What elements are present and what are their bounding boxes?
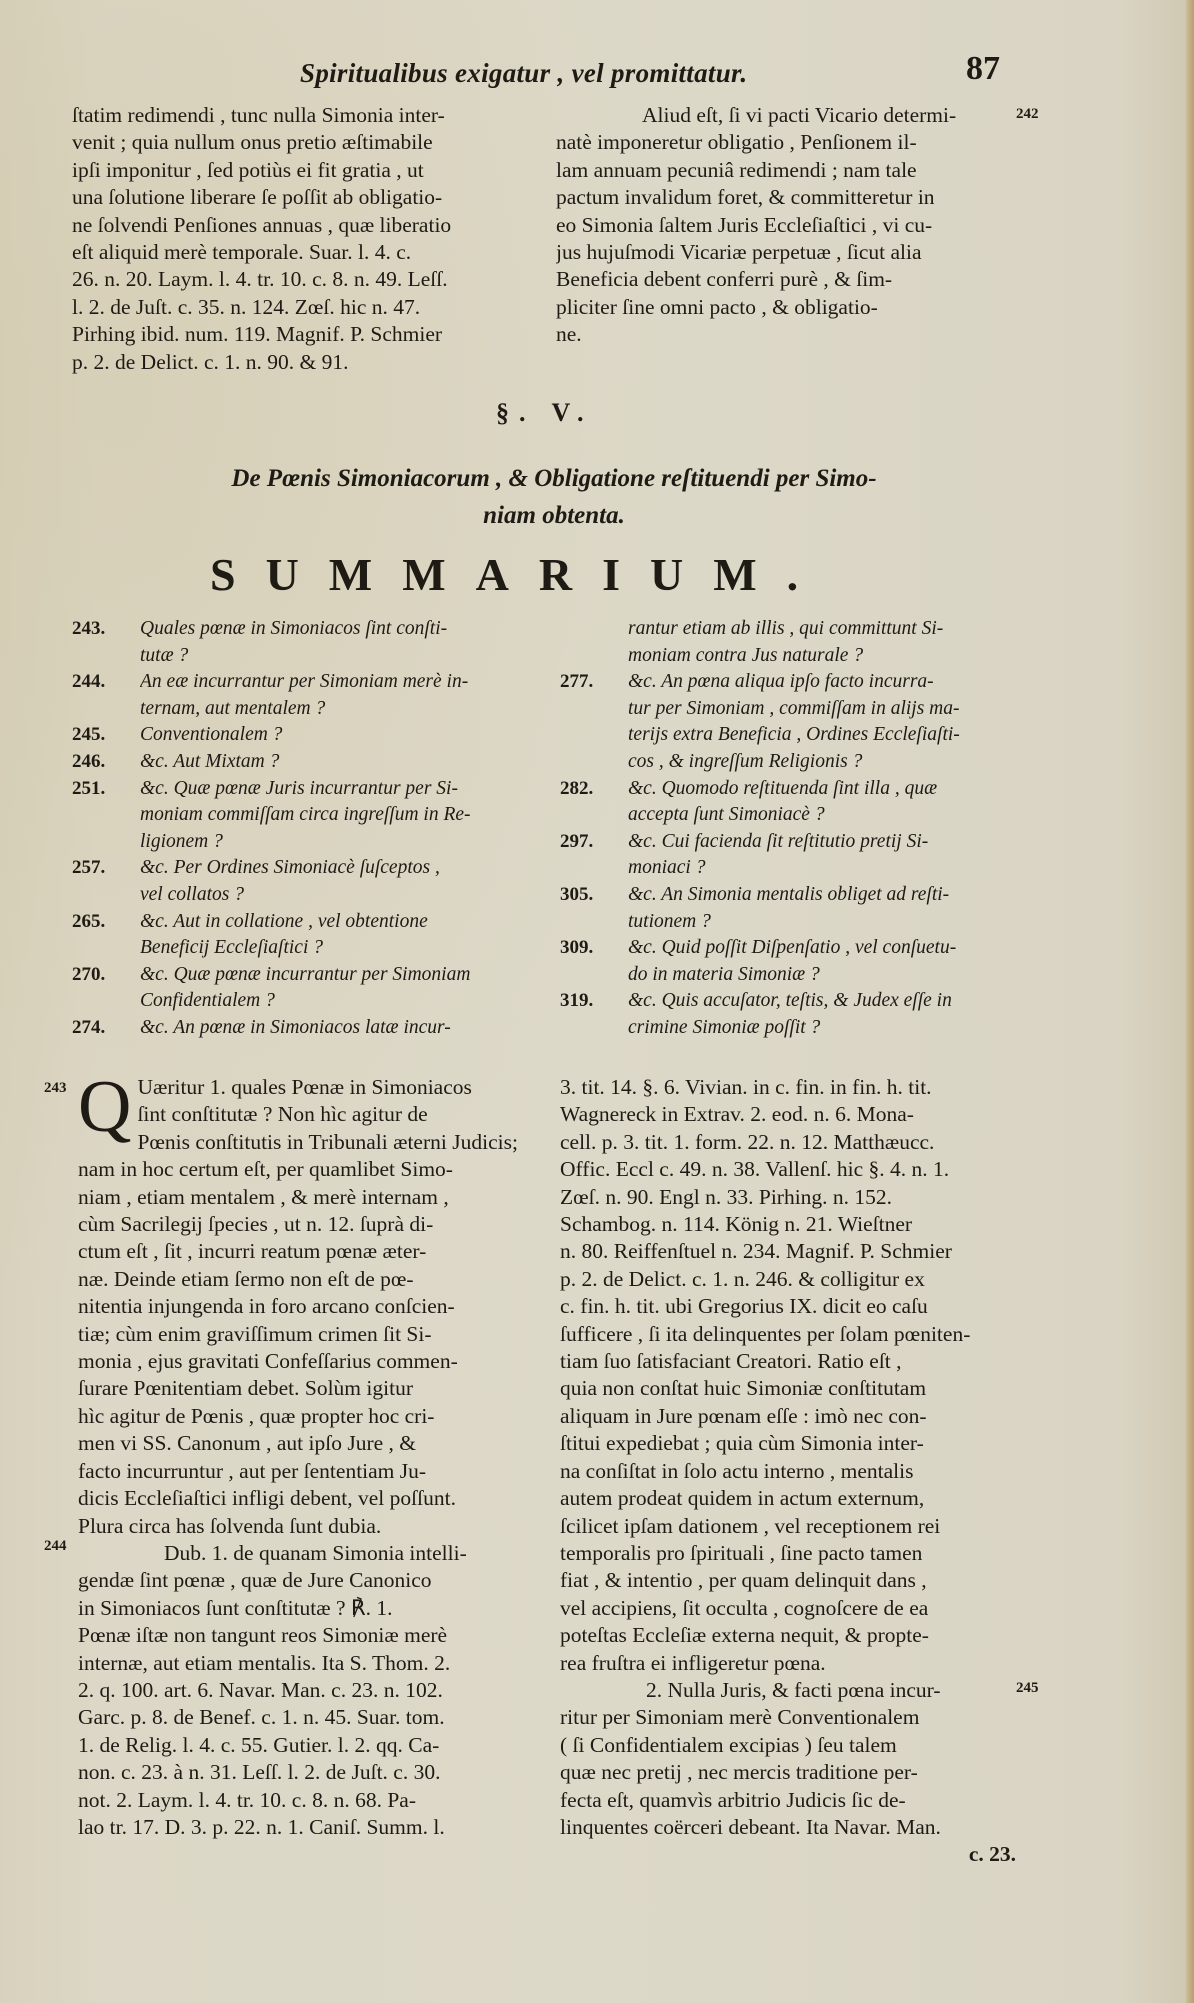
- summary-item-text: &c. Quis accuſator, teſtis, & Judex eſſe…: [628, 988, 1020, 1015]
- text-line: tiæ; cùm enim graviſſimum crimen ſit Si-: [78, 1321, 524, 1348]
- summary-item-text: An eæ incurrantur per Simoniam merè in-: [140, 669, 524, 696]
- text-line: linquentes coërceri debeant. Ita Navar. …: [560, 1814, 1016, 1841]
- summary-item-number: 246.: [72, 749, 105, 776]
- text-line: p. 2. de Delict. c. 1. n. 246. & colligi…: [560, 1266, 1016, 1293]
- text-line: ctum eſt , ſit , incurri reatum pœnæ æte…: [78, 1238, 524, 1265]
- text-line: Plura circa has ſolvenda ſunt dubia.: [78, 1513, 524, 1540]
- text-line: dicis Eccleſiaſtici infligi debent, vel …: [78, 1485, 524, 1512]
- summary-item-text: &c. Per Ordines Simoniacè ſuſceptos ,: [140, 855, 524, 882]
- summary-item-text: rantur etiam ab illis , qui committunt S…: [628, 616, 1020, 643]
- summary-item-number: 257.: [72, 855, 105, 882]
- text-line: c. fin. h. tit. ubi Gregorius IX. dicit …: [560, 1293, 1016, 1320]
- summary-item-text: Beneficij Eccleſiaſtici ?: [140, 935, 524, 962]
- summary-item: 319.&c. Quis accuſator, teſtis, & Judex …: [560, 988, 1020, 1041]
- drop-cap: Q: [78, 1076, 131, 1138]
- summary-item-number: 319.: [560, 988, 593, 1015]
- text-line: jus hujuſmodi Vicariæ perpetuæ , ſicut a…: [556, 239, 1012, 266]
- summary-item-text: &c. Cui facienda ſit reſtitutio pretij S…: [628, 829, 1020, 856]
- text-line: cùm Sacrilegij ſpecies , ut n. 12. ſuprà…: [78, 1211, 524, 1238]
- summary-item-text: &c. Quid poſſit Diſpenſatio , vel conſue…: [628, 935, 1020, 962]
- text-line: eſt aliquid merè temporale. Suar. l. 4. …: [72, 239, 520, 266]
- book-page: Spiritualibus exigatur , vel promittatur…: [0, 0, 1194, 2003]
- text-line: in Simoniacos ſunt conſtitutæ ? ℟. 1.: [78, 1595, 524, 1622]
- text-line: fiat , & intentio , per quam delinquit d…: [560, 1567, 1016, 1594]
- text-line: nitentia injungenda in foro arcano conſc…: [78, 1293, 524, 1320]
- margin-number: 245: [1016, 1680, 1039, 1697]
- text-line: natè imponeretur obligatio , Penſionem i…: [556, 129, 1012, 156]
- text-line: rea fruſtra ei infligeretur pœna.: [560, 1650, 1016, 1677]
- text-line: lao tr. 17. D. 3. p. 22. n. 1. Caniſ. Su…: [78, 1814, 524, 1841]
- text-line: ſtitui expediebat ; quia cùm Simonia int…: [560, 1430, 1016, 1457]
- summary-item-text: moniam contra Jus naturale ?: [628, 643, 1020, 670]
- summary-item-number: 297.: [560, 829, 593, 856]
- text-line: p. 2. de Delict. c. 1. n. 90. & 91.: [72, 349, 520, 376]
- text-line: ipſi imponitur , ſed potiùs ei fit grati…: [72, 157, 520, 184]
- summary-item: 244.An eæ incurrantur per Simoniam merè …: [72, 669, 524, 722]
- summary-item-number: 243.: [72, 616, 105, 643]
- text-line: una ſolutione liberare ſe poſſit ab obli…: [72, 184, 520, 211]
- summary-item-text: &c. Quomodo reſtituenda ſint illa , quæ: [628, 776, 1020, 803]
- text-line: Wagnereck in Extrav. 2. eod. n. 6. Mona-: [560, 1101, 1016, 1128]
- text-line: 3. tit. 14. §. 6. Vivian. in c. fin. in …: [560, 1074, 1016, 1101]
- text-line: Pœnis conſtitutis in Tribunali æterni Ju…: [137, 1129, 524, 1156]
- text-line: ritur per Simoniam merè Conventionalem: [560, 1704, 1016, 1731]
- text-line: monia , ejus gravitati Confeſſarius comm…: [78, 1348, 524, 1375]
- summary-item-text: &c. Aut in collatione , vel obtentione: [140, 909, 524, 936]
- margin-number: 242: [1016, 106, 1039, 123]
- summary-item-text: accepta ſunt Simoniacè ?: [628, 802, 1020, 829]
- text-line: pliciter ſine omni pacto , & obligatio-: [556, 294, 1012, 321]
- summary-item-number: 265.: [72, 909, 105, 936]
- summary-item-text: crimine Simoniæ poſſit ?: [628, 1015, 1020, 1042]
- text-line: n. 80. Reiffenſtuel n. 234. Magnif. P. S…: [560, 1238, 1016, 1265]
- text-line: pactum invalidum foret, & committeretur …: [556, 184, 1012, 211]
- text-line: ſufficere , ſi ita delinquentes per ſola…: [560, 1321, 1016, 1348]
- body-right-column: 3. tit. 14. §. 6. Vivian. in c. fin. in …: [560, 1074, 1016, 1869]
- summary-left-list: 243.Quales pœnæ in Simoniacos ſint conſt…: [72, 616, 524, 1042]
- body-left-column: QUæritur 1. quales Pœnæ in Simoniacosſin…: [78, 1074, 524, 1841]
- text-line: tiam ſuo ſatisfaciant Creatori. Ratio eſ…: [560, 1348, 1016, 1375]
- summary-item-text: do in materia Simoniæ ?: [628, 962, 1020, 989]
- summary-item-text: Confidentialem ?: [140, 988, 524, 1015]
- text-line: Garc. p. 8. de Benef. c. 1. n. 45. Suar.…: [78, 1704, 524, 1731]
- text-line: facto incurruntur , aut per ſententiam J…: [78, 1458, 524, 1485]
- page-edge: [1186, 0, 1194, 2003]
- summary-item: 251.&c. Quæ pœnæ Juris incurrantur per S…: [72, 776, 524, 856]
- summary-heading: SUMMARIUM.: [210, 548, 828, 601]
- summary-item: 245.Conventionalem ?: [72, 722, 524, 749]
- text-line: 2. Nulla Juris, & facti pœna incur-: [560, 1677, 1016, 1704]
- summary-item-text: vel collatos ?: [140, 882, 524, 909]
- summary-item-number: 305.: [560, 882, 593, 909]
- summary-item: 243.Quales pœnæ in Simoniacos ſint conſt…: [72, 616, 524, 669]
- text-line: Dub. 1. de quanam Simonia intelli-: [78, 1540, 524, 1567]
- summary-right-list: rantur etiam ab illis , qui committunt S…: [560, 616, 1020, 1042]
- summary-item-text: &c. An Simonia mentalis obliget ad reſti…: [628, 882, 1020, 909]
- top-right-column: Aliud eſt, ſi vi pacti Vicario determi-n…: [556, 102, 1012, 349]
- summary-item-text: tutionem ?: [628, 909, 1020, 936]
- section-title: De Pœnis Simoniacorum , & Obligatione re…: [134, 460, 974, 534]
- text-line: quæ nec pretij , nec mercis traditione p…: [560, 1759, 1016, 1786]
- text-line: 1. de Relig. l. 4. c. 55. Gutier. l. 2. …: [78, 1732, 524, 1759]
- text-line: eo Simonia ſaltem Juris Eccleſiaſtici , …: [556, 212, 1012, 239]
- summary-item-text: &c. Quæ pœnæ incurrantur per Simoniam: [140, 962, 524, 989]
- summary-item-text: ternam, aut mentalem ?: [140, 696, 524, 723]
- summary-item: 309.&c. Quid poſſit Diſpenſatio , vel co…: [560, 935, 1020, 988]
- catchword: c. 23.: [560, 1841, 1016, 1868]
- text-line: Offic. Eccl c. 49. n. 38. Vallenſ. hic §…: [560, 1156, 1016, 1183]
- text-line: l. 2. de Juſt. c. 35. n. 124. Zœſ. hic n…: [72, 294, 520, 321]
- summary-item: 274.&c. An pœnæ in Simoniacos latæ incur…: [72, 1015, 524, 1042]
- text-line: autem prodeat quidem in actum externum,: [560, 1485, 1016, 1512]
- summary-item-text: &c. An pœnæ in Simoniacos latæ incur-: [140, 1015, 524, 1042]
- text-line: ſtatim redimendi , tunc nulla Simonia in…: [72, 102, 520, 129]
- summary-item: 265.&c. Aut in collatione , vel obtentio…: [72, 909, 524, 962]
- summary-item-text: &c. Aut Mixtam ?: [140, 749, 524, 776]
- text-line: non. c. 23. à n. 31. Leſſ. l. 2. de Juſt…: [78, 1759, 524, 1786]
- text-line: vel accipiens, ſit occulta , cognoſcere …: [560, 1595, 1016, 1622]
- text-line: ne.: [556, 321, 1012, 348]
- summary-item-text: Conventionalem ?: [140, 722, 524, 749]
- text-line: hìc agitur de Pœnis , quæ propter hoc cr…: [78, 1403, 524, 1430]
- summary-item-text: &c. Quæ pœnæ Juris incurrantur per Si-: [140, 776, 524, 803]
- text-line: Pœnæ iſtæ non tangunt reos Simoniæ merè: [78, 1622, 524, 1649]
- text-line: gendæ ſint pœnæ , quæ de Jure Canonico: [78, 1567, 524, 1594]
- summary-item: rantur etiam ab illis , qui committunt S…: [560, 616, 1020, 669]
- text-line: ſurare Pœnitentiam debet. Solùm igitur: [78, 1375, 524, 1402]
- margin-number: 244: [44, 1538, 67, 1555]
- summary-item: 305.&c. An Simonia mentalis obliget ad r…: [560, 882, 1020, 935]
- text-line: lam annuam pecuniâ redimendi ; nam tale: [556, 157, 1012, 184]
- text-line: næ. Deinde etiam ſermo non eſt de pœ-: [78, 1266, 524, 1293]
- summary-item-number: 274.: [72, 1015, 105, 1042]
- text-line: aliquam in Jure pœnam eſſe : imò nec con…: [560, 1403, 1016, 1430]
- summary-item-number: 270.: [72, 962, 105, 989]
- summary-item-text: moniaci ?: [628, 855, 1020, 882]
- text-line: poteſtas Eccleſiæ externa nequit, & prop…: [560, 1622, 1016, 1649]
- summary-item: 277.&c. An pœna aliqua ipſo facto incurr…: [560, 669, 1020, 775]
- text-line: 26. n. 20. Laym. l. 4. tr. 10. c. 8. n. …: [72, 266, 520, 293]
- summary-item-text: moniam commiſſam circa ingreſſum in Re-: [140, 802, 524, 829]
- section-number: §. V.: [496, 398, 593, 428]
- text-line: ſint conſtitutæ ? Non hìc agitur de: [137, 1101, 524, 1128]
- summary-item-number: 282.: [560, 776, 593, 803]
- summary-item-text: ligionem ?: [140, 829, 524, 856]
- summary-item: 282.&c. Quomodo reſtituenda ſint illa , …: [560, 776, 1020, 829]
- text-line: venit ; quia nullum onus pretio æſtimabi…: [72, 129, 520, 156]
- text-line: men vi SS. Canonum , aut ipſo Jure , &: [78, 1430, 524, 1457]
- text-line: Uæritur 1. quales Pœnæ in Simoniacos: [137, 1074, 524, 1101]
- summary-item: 246.&c. Aut Mixtam ?: [72, 749, 524, 776]
- summary-item-text: tutæ ?: [140, 643, 524, 670]
- text-line: 2. q. 100. art. 6. Navar. Man. c. 23. n.…: [78, 1677, 524, 1704]
- summary-item-number: 309.: [560, 935, 593, 962]
- text-line: ( ſi Confidentialem excipias ) ſeu talem: [560, 1732, 1016, 1759]
- text-line: niam , etiam mentalem , & merè internam …: [78, 1184, 524, 1211]
- summary-item-text: tur per Simoniam , commiſſam in alijs ma…: [628, 696, 1020, 723]
- page-number: 87: [966, 50, 1000, 88]
- text-line: quia non conſtat huic Simoniæ conſtituta…: [560, 1375, 1016, 1402]
- text-line: Pirhing ibid. num. 119. Magnif. P. Schmi…: [72, 321, 520, 348]
- text-line: na conſiſtat in ſolo actu interno , ment…: [560, 1458, 1016, 1485]
- text-line: temporalis pro ſpirituali , ſine pacto t…: [560, 1540, 1016, 1567]
- summary-item: 257.&c. Per Ordines Simoniacè ſuſceptos …: [72, 855, 524, 908]
- text-line: cell. p. 3. tit. 1. form. 22. n. 12. Mat…: [560, 1129, 1016, 1156]
- text-line: nam in hoc certum eſt, per quamlibet Sim…: [78, 1156, 524, 1183]
- text-line: Zœſ. n. 90. Engl n. 33. Pirhing. n. 152.: [560, 1184, 1016, 1211]
- summary-item-number: 244.: [72, 669, 105, 696]
- summary-item-text: cos , & ingreſſum Religionis ?: [628, 749, 1020, 776]
- text-line: Aliud eſt, ſi vi pacti Vicario determi-: [556, 102, 1012, 129]
- text-line: internæ, aut etiam mentalis. Ita S. Thom…: [78, 1650, 524, 1677]
- summary-item-number: 251.: [72, 776, 105, 803]
- text-line: fecta eſt, quamvìs arbitrio Judicis ſic …: [560, 1787, 1016, 1814]
- summary-item: 297.&c. Cui facienda ſit reſtitutio pret…: [560, 829, 1020, 882]
- text-line: not. 2. Laym. l. 4. tr. 10. c. 8. n. 68.…: [78, 1787, 524, 1814]
- summary-item: 270.&c. Quæ pœnæ incurrantur per Simonia…: [72, 962, 524, 1015]
- text-line: ne ſolvendi Penſiones annuas , quæ liber…: [72, 212, 520, 239]
- text-line: ſcilicet ipſam dationem , vel receptione…: [560, 1513, 1016, 1540]
- summary-item-text: Quales pœnæ in Simoniacos ſint conſti-: [140, 616, 524, 643]
- summary-item-number: 245.: [72, 722, 105, 749]
- summary-item-text: &c. An pœna aliqua ipſo facto incurra-: [628, 669, 1020, 696]
- text-line: Beneficia debent conferri purè , & ſim-: [556, 266, 1012, 293]
- top-left-column: ſtatim redimendi , tunc nulla Simonia in…: [72, 102, 520, 376]
- text-line: Schambog. n. 114. König n. 21. Wieſtner: [560, 1211, 1016, 1238]
- summary-item-text: terijs extra Beneficia , Ordines Eccleſi…: [628, 722, 1020, 749]
- margin-number: 243: [44, 1080, 67, 1097]
- running-head: Spiritualibus exigatur , vel promittatur…: [300, 58, 747, 89]
- summary-item-number: 277.: [560, 669, 593, 696]
